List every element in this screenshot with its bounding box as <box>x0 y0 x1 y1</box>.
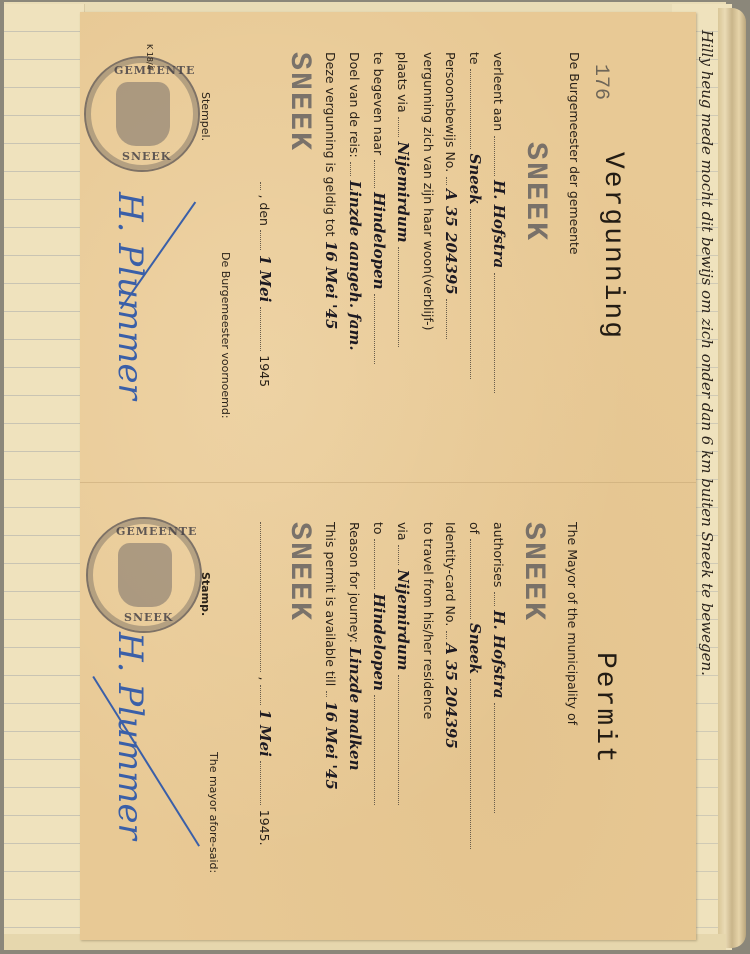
authorises-label: authorises <box>491 522 506 587</box>
municipal-seal-dutch: GEMEENTE SNEEK <box>84 56 200 172</box>
identity-label: Identity-card No. <box>443 522 458 626</box>
seal-text-top: GEMEENTE <box>116 525 197 538</box>
dutch-date-row: , den 1 Mei 1945 <box>255 182 274 387</box>
den-value: 1 Mei <box>256 255 274 303</box>
dutch-te-begeven-row: te begeven naar Hindelopen <box>369 52 388 364</box>
te-label: te <box>467 52 482 65</box>
notebook-spine-edge <box>718 8 746 948</box>
to-label: to <box>371 522 386 535</box>
english-to-row: to Hindelopen <box>369 522 388 805</box>
doel-label: Doel van de reis: <box>347 52 362 158</box>
reason-value: Linzde malken <box>346 647 364 770</box>
dutch-year: 1945 <box>257 355 272 387</box>
english-reason-row: Reason for journey: Linzde malken <box>345 522 364 770</box>
available-value: 16 Mei '45 <box>322 701 340 790</box>
of-label: of <box>467 522 482 534</box>
dutch-line1: De Burgemeester der gemeente <box>567 52 582 255</box>
plaats-via-label: plaats via <box>395 52 410 113</box>
plaats-via-value: Nijemirdum <box>394 142 412 243</box>
english-date-value: 1 Mei <box>256 709 274 757</box>
english-place-stamp: SNEEK <box>282 522 316 622</box>
via-label: via <box>395 522 410 541</box>
margin-handwritten-note: Hilly heug mede mocht dit bewijs om zich… <box>698 30 716 676</box>
geldig-value: 16 Mei '45 <box>322 241 340 330</box>
dutch-persoonsbewijs-row: Persoonsbewijs No. A 35 204395 <box>441 52 460 339</box>
available-label: This permit is available till <box>323 522 338 686</box>
reason-label: Reason for journey: <box>347 522 362 643</box>
seal-text-bottom: SNEEK <box>122 150 171 163</box>
english-authorises-row: authorises H. Hofstra <box>489 522 508 813</box>
coat-of-arms-icon <box>118 543 172 607</box>
geldig-label: Deze vergunning is geldig tot <box>323 52 338 236</box>
seal-text-top: GEMEENTE <box>114 64 195 77</box>
burgemeester-voornoemd-label: De Burgemeester voornoemd: <box>219 252 232 419</box>
authorises-value: H. Hofstra <box>490 610 508 698</box>
english-of-row: of Sneek <box>465 522 484 849</box>
seal-text-bottom: SNEEK <box>124 611 173 624</box>
via-value: Nijemirdum <box>394 569 412 670</box>
doel-value: Linzde aangeh. fam. <box>346 181 364 351</box>
small-note: K 18/4 <box>145 44 154 70</box>
identity-value: A 35 204395 <box>442 643 460 749</box>
te-begeven-value: Hindelopen <box>370 192 388 289</box>
english-date-row: , 1 Mei 1945. <box>255 522 274 846</box>
serial-number: 176 <box>589 64 612 100</box>
stempel-label: Stempel. <box>199 92 212 141</box>
dutch-title: Vergunning <box>597 152 628 340</box>
english-title: Permit <box>589 652 620 765</box>
dutch-vergunning-line: vergunning zich van zijn haar woon(verbl… <box>421 52 436 331</box>
english-date-comma: , <box>257 676 272 680</box>
to-value: Hindelopen <box>370 593 388 690</box>
english-identity-row: Identity-card No. A 35 204395 <box>441 522 460 749</box>
of-value: Sneek <box>466 623 484 674</box>
te-value: Sneek <box>466 154 484 205</box>
english-travel-line: to travel from his/her residence <box>421 522 436 719</box>
mayor-afore-said-label: The mayor afore-said: <box>207 752 220 873</box>
persoonsbewijs-value: A 35 204395 <box>442 189 460 295</box>
den-label: , den <box>257 194 272 226</box>
dutch-municipality-stamp: SNEEK <box>518 142 552 242</box>
english-via-row: via Nijemirdum <box>393 522 412 805</box>
persoonsbewijs-label: Persoonsbewijs No. <box>443 52 458 172</box>
english-municipality-stamp: SNEEK <box>516 522 550 622</box>
english-line1: The Mayor of the municipality of <box>565 522 580 725</box>
english-year: 1945. <box>257 810 272 846</box>
dutch-verleent-row: verleent aan H. Hofstra <box>489 52 508 393</box>
dutch-te-row: te Sneek <box>465 52 484 379</box>
dutch-plaats-via-row: plaats via Nijemirdum <box>393 52 412 347</box>
te-begeven-label: te begeven naar <box>371 52 386 155</box>
fold-line <box>80 482 696 483</box>
dutch-place-stamp: SNEEK <box>282 52 316 152</box>
permit-card: 176 Vergunning De Burgemeester der gemee… <box>80 12 696 940</box>
dutch-geldig-row: Deze vergunning is geldig tot 16 Mei '45 <box>321 52 340 329</box>
english-available-row: This permit is available till 16 Mei '45 <box>321 522 340 790</box>
verleent-label: verleent aan <box>491 52 506 131</box>
notebook-page-left <box>4 4 85 950</box>
verleent-value: H. Hofstra <box>490 180 508 268</box>
municipal-seal-english: GEMEENTE SNEEK <box>86 517 202 633</box>
dutch-doel-row: Doel van de reis: Linzde aangeh. fam. <box>345 52 364 351</box>
coat-of-arms-icon <box>116 82 170 146</box>
